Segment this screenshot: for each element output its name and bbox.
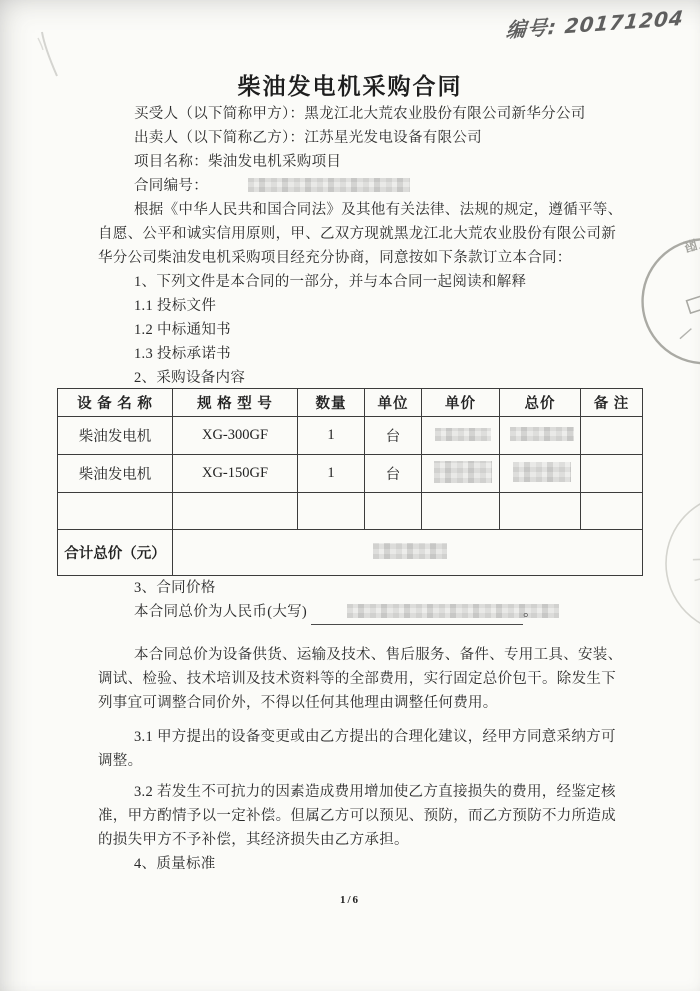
redacted-value <box>510 427 574 441</box>
total-label-cell: 合计总价（元） <box>58 530 173 576</box>
text-line: 的损失甲方不予补偿，其经济损失由乙方承担。 <box>98 828 618 852</box>
table-cell <box>500 455 581 493</box>
text-line: 1.2 中标通知书 <box>98 318 618 342</box>
redacted-value <box>373 543 447 559</box>
svg-text:黑龙江北大荒农业股份有限公司: 黑龙江北大荒农业股份有限公司 <box>620 206 700 385</box>
table-row: 柴油发电机XG-300GF1台 <box>58 417 643 455</box>
table-total-row: 合计总价（元） <box>58 530 643 576</box>
table-cell: 台 <box>365 455 422 493</box>
text-line: 根据《中华人民共和国合同法》及其他有关法律、法规的规定，遵循平等、 <box>98 198 618 222</box>
text-line: 合同编号： <box>98 174 618 198</box>
table-cell: XG-150GF <box>173 455 298 493</box>
text-line: 1.3 投标承诺书 <box>98 342 618 366</box>
table-header-cell: 数量 <box>298 389 365 417</box>
table-cell <box>581 417 643 455</box>
contract-terms-text: 3、合同价格本合同总价为人民币(大写)。本合同总价为设备供货、运输及技术、售后服… <box>98 576 618 876</box>
text-line: 准，甲方酌情予以一定补偿。但属乙方可以预见、预防，而乙方预防不力所造成 <box>98 804 618 828</box>
table-header-cell: 规 格 型 号 <box>173 389 298 417</box>
text-line: 自愿、公平和诚实信用原则，甲、乙双方现就黑龙江北大荒农业股份有限公司新 <box>98 222 618 246</box>
text-line: 1、下列文件是本合同的一部分，并与本合同一起阅读和解释 <box>98 270 618 294</box>
total-value-cell <box>173 530 643 576</box>
table-cell <box>173 493 298 530</box>
table-header-cell: 单位 <box>365 389 422 417</box>
table-header-cell: 备 注 <box>581 389 643 417</box>
table-cell <box>58 493 173 530</box>
text-line: 3.1 甲方提出的设备变更或由乙方提出的合理化建议，经甲方同意采纳方可 <box>98 725 618 749</box>
redacted-value <box>434 461 492 483</box>
handwritten-serial-number: 编号: 20171204 <box>504 2 685 44</box>
table-cell: XG-300GF <box>173 417 298 455</box>
stamp-arc-text: 黑龙江北大荒农业股份有限公司 <box>620 206 700 385</box>
round-company-stamp-partial: 黑龙江北大荒农业股份有限公司 <box>620 206 700 395</box>
page-number: 1/6 <box>0 894 700 906</box>
text-line: 3、合同价格 <box>98 576 618 600</box>
table-cell: 1 <box>298 417 365 455</box>
table-row: 柴油发电机XG-150GF1台 <box>58 455 643 493</box>
redacted-value <box>435 428 491 441</box>
table-cell <box>581 455 643 493</box>
redacted-value <box>248 178 410 192</box>
table-cell: 1 <box>298 455 365 493</box>
table-header-cell: 总价 <box>500 389 581 417</box>
redacted-value <box>513 462 571 482</box>
table-cell: 柴油发电机 <box>58 455 173 493</box>
text-line: 调整。 <box>98 749 618 773</box>
faint-round-stamp-partial <box>637 473 700 663</box>
text-line: 项目名称：柴油发电机采购项目 <box>98 150 618 174</box>
table-row <box>58 493 643 530</box>
table-cell <box>422 493 500 530</box>
table-header-cell: 设 备 名 称 <box>58 389 173 417</box>
text-line: 华分公司柴油发电机采购项目经充分协商，同意按如下条款订立本合同： <box>98 246 618 270</box>
text-line: 2、采购设备内容 <box>98 366 618 390</box>
table-cell <box>422 417 500 455</box>
text-line: 本合同总价为设备供货、运输及技术、售后服务、备件、专用工具、安装、 <box>98 643 618 667</box>
table-cell <box>581 493 643 530</box>
text-line: 买受人（以下简称甲方）：黑龙江北大荒农业股份有限公司新华分公司 <box>98 102 618 126</box>
page-title: 柴油发电机采购合同 <box>0 68 700 101</box>
text-line: 3.2 若发生不可抗力的因素造成费用增加使乙方直接损失的费用，经鉴定核 <box>98 780 618 804</box>
contract-intro-text: 买受人（以下简称甲方）：黑龙江北大荒农业股份有限公司新华分公司出卖人（以下简称乙… <box>98 102 618 390</box>
table-cell <box>500 493 581 530</box>
table-cell <box>298 493 365 530</box>
scanned-contract-page: 编号: 20171204 柴油发电机采购合同 买受人（以下简称甲方）：黑龙江北大… <box>0 0 700 991</box>
text-line: 列事宜可调整合同价外，不得以任何其他理由调整任何费用。 <box>98 691 618 715</box>
table-cell <box>365 493 422 530</box>
table-cell: 台 <box>365 417 422 455</box>
text-line: 本合同总价为人民币(大写)。 <box>98 600 618 624</box>
text-line: 1.1 投标文件 <box>98 294 618 318</box>
text-line: 调试、检验、技术培训及技术资料等的全部费用，实行固定总价包干。除发生下 <box>98 667 618 691</box>
table-header-cell: 单价 <box>422 389 500 417</box>
table-cell <box>500 417 581 455</box>
text-line: 4、质量标准 <box>98 852 618 876</box>
table-cell: 柴油发电机 <box>58 417 173 455</box>
table-cell <box>422 455 500 493</box>
equipment-table: 设 备 名 称规 格 型 号数量单位单价总价备 注柴油发电机XG-300GF1台… <box>57 388 643 576</box>
text-line: 出卖人（以下简称乙方）：江苏星光发电设备有限公司 <box>98 126 618 150</box>
